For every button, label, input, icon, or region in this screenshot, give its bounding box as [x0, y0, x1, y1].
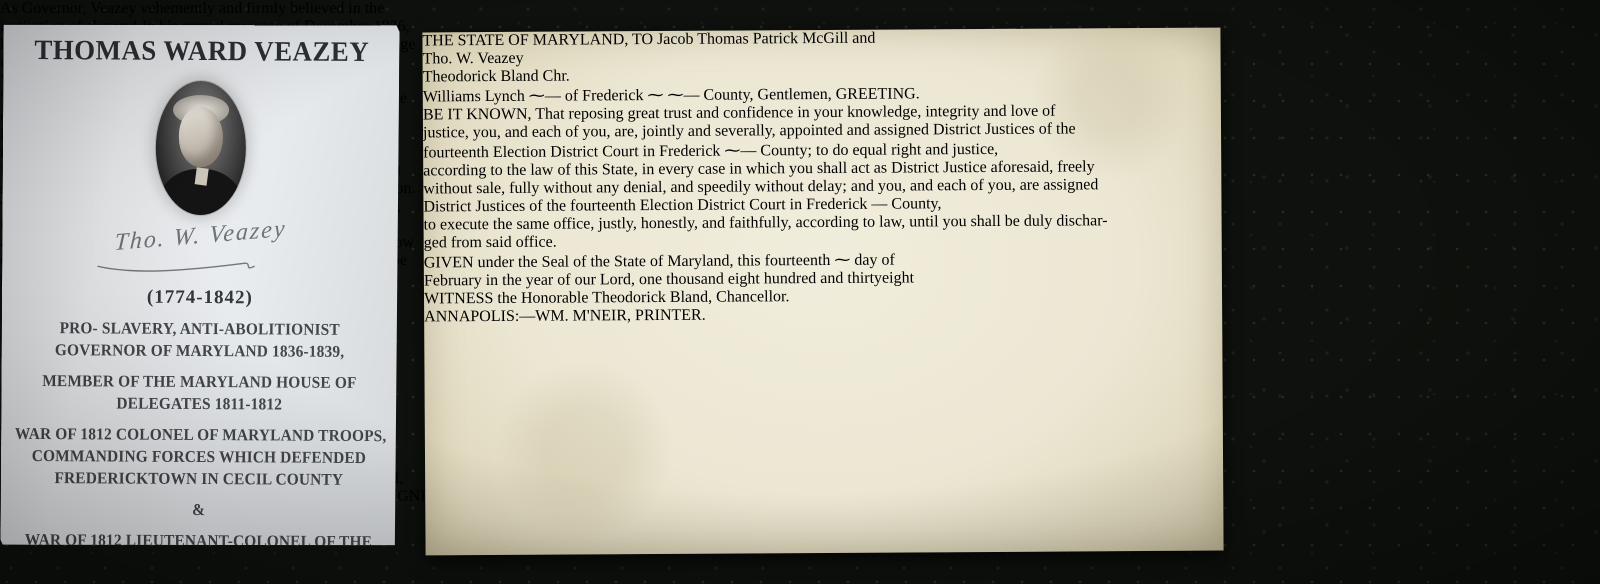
portrait-face	[179, 107, 223, 167]
veazey-signature: Tho. W. Veazey	[2, 222, 398, 282]
life-dates: (1774-1842)	[2, 286, 398, 310]
text-line: DELEGATES 1811-1812	[15, 392, 383, 416]
printer-imprint: ANNAPOLIS:—WM. M'NEIR, PRINTER.	[424, 304, 1222, 327]
text-line: WAR OF 1812 LIEUTENANT-COLONEL OF THE	[14, 529, 382, 553]
photo-of-documents: { "colors": { "background": "#0e110d", "…	[0, 0, 1600, 584]
paragraph: PRO- SLAVERY, ANTI-ABOLITIONISTGOVERNOR …	[2, 317, 398, 363]
left-biography-flyer: THOMAS WARD VEAZEY Tho. W. Veazey (1774-…	[0, 23, 399, 547]
text-line: WAR OF 1812 COLONEL OF MARYLAND TROOPS,	[15, 423, 383, 447]
text-line: FORTY-NINTH MARYLAND REGIMENT.	[14, 551, 382, 575]
text-line: MEMBER OF THE MARYLAND HOUSE OF	[15, 370, 383, 394]
certificate-body-text: Williams Lynch ⁓— of Frederick ⁓ ⁓— Coun…	[423, 82, 1222, 309]
paragraph: WAR OF 1812 LIEUTENANT-COLONEL OF THEFOR…	[0, 529, 396, 575]
text-line: FREDERICKTOWN IN CECIL COUNTY	[15, 467, 383, 491]
biography-text: PRO- SLAVERY, ANTI-ABOLITIONISTGOVERNOR …	[0, 317, 398, 575]
text-line: As Governor, Veazey vehemently and firml…	[0, 0, 468, 18]
signature-flourish	[94, 256, 284, 277]
paragraph: MEMBER OF THE MARYLAND HOUSE OFDELEGATES…	[1, 370, 397, 416]
text-line: GOVERNOR OF MARYLAND 1836-1839,	[15, 339, 383, 363]
paragraph: WAR OF 1812 COLONEL OF MARYLAND TROOPS,C…	[1, 423, 397, 491]
portrait-collar	[195, 167, 209, 185]
text-line: PRO- SLAVERY, ANTI-ABOLITIONIST	[16, 317, 384, 341]
certificate-title: THE STATE OF MARYLAND, TO	[422, 31, 653, 49]
handwritten-addressees: Jacob Thomas Patrick McGill and	[657, 30, 875, 48]
paragraph: &	[1, 498, 397, 522]
flyer-title: THOMAS WARD VEAZEY	[3, 35, 399, 69]
text-line: COMMANDING FORCES WHICH DEFENDED	[15, 445, 383, 469]
veazey-portrait	[155, 81, 246, 216]
text-line: &	[14, 498, 382, 522]
maryland-commission-certificate: THE STATE OF MARYLAND, TO Jacob Thomas P…	[422, 28, 1223, 556]
